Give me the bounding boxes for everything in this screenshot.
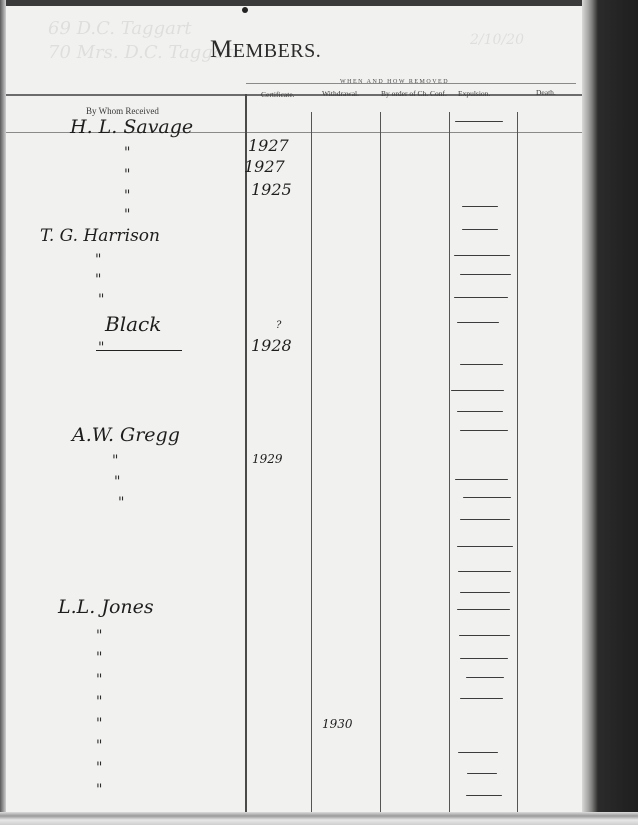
expulsion-dash bbox=[459, 635, 510, 636]
column-divider bbox=[449, 112, 450, 812]
ditto-mark: " bbox=[96, 716, 101, 732]
expulsion-dash bbox=[460, 274, 511, 275]
expulsion-dash bbox=[466, 677, 504, 678]
header-certificate: Certificate. bbox=[261, 90, 295, 99]
certificate-year: 1925 bbox=[251, 180, 292, 199]
expulsion-dash bbox=[466, 795, 502, 796]
ditto-mark: " bbox=[98, 340, 103, 356]
certificate-year: 1927 bbox=[248, 136, 289, 155]
expulsion-dash bbox=[451, 390, 504, 391]
ditto-mark: " bbox=[96, 738, 101, 754]
header-received-by: By Whom Received bbox=[86, 106, 159, 116]
ditto-mark: " bbox=[96, 672, 101, 688]
column-divider bbox=[380, 112, 381, 812]
entry-received-by: L.L. Jones bbox=[58, 596, 154, 618]
expulsion-dash bbox=[460, 519, 510, 520]
entry-received-by: A.W. Gregg bbox=[72, 424, 180, 446]
header-by-order-ch-conf: By order of Ch. Conf. bbox=[381, 89, 447, 98]
ditto-mark: " bbox=[112, 453, 117, 469]
column-divider bbox=[311, 112, 312, 812]
ditto-mark: " bbox=[96, 760, 101, 776]
expulsion-dash bbox=[454, 255, 510, 256]
withdrawal-year: 1930 bbox=[322, 717, 353, 731]
expulsion-dash bbox=[455, 121, 503, 122]
ditto-mark: " bbox=[124, 188, 129, 204]
ditto-mark: " bbox=[95, 252, 100, 268]
expulsion-dash bbox=[460, 658, 508, 659]
column-divider bbox=[517, 112, 518, 812]
entry-received-by: T. G. Harrison bbox=[40, 226, 160, 246]
ditto-mark: " bbox=[96, 650, 101, 666]
ditto-mark: " bbox=[124, 207, 129, 223]
header-when-how-removed: WHEN AND HOW REMOVED bbox=[340, 79, 449, 85]
expulsion-dash bbox=[457, 411, 503, 412]
expulsion-dash bbox=[460, 430, 508, 431]
ledger-page: 69 D.C. Taggart 70 Mrs. D.C. Taggart 2/1… bbox=[0, 0, 596, 818]
expulsion-dash bbox=[458, 571, 511, 572]
expulsion-dash bbox=[458, 752, 498, 753]
expulsion-dash bbox=[460, 698, 503, 699]
ditto-mark: " bbox=[124, 145, 129, 161]
header-expulsion: Expulsion. bbox=[458, 89, 490, 98]
certificate-year: 1927 bbox=[244, 157, 285, 176]
expulsion-dash bbox=[455, 479, 508, 480]
scan-left-edge bbox=[0, 0, 6, 825]
expulsion-dash bbox=[457, 546, 513, 547]
entry-received-by: Black bbox=[105, 312, 161, 336]
scan-bottom-edge bbox=[0, 812, 638, 825]
bleed-through-text: 2/10/20 bbox=[470, 32, 524, 48]
expulsion-dash bbox=[460, 364, 503, 365]
book-binding bbox=[582, 0, 638, 825]
certificate-year: 1929 bbox=[252, 452, 283, 466]
ditto-mark: " bbox=[96, 694, 101, 710]
expulsion-dash bbox=[454, 297, 508, 298]
header-withdrawal: Withdrawal. bbox=[322, 89, 359, 98]
certificate-question-mark: ? bbox=[276, 320, 281, 331]
certificate-year: 1928 bbox=[251, 336, 292, 355]
expulsion-dash bbox=[463, 497, 511, 498]
expulsion-dash bbox=[457, 609, 510, 610]
expulsion-dash bbox=[467, 773, 497, 774]
column-divider bbox=[245, 94, 247, 812]
header-death: Death. bbox=[536, 88, 556, 97]
ditto-mark: " bbox=[96, 628, 101, 644]
expulsion-dash bbox=[462, 229, 498, 230]
entry-received-by: H. L. Savage bbox=[70, 116, 193, 138]
scan-top-edge bbox=[0, 0, 638, 6]
expulsion-dash bbox=[462, 206, 498, 207]
bleed-through-text: 69 D.C. Taggart bbox=[48, 18, 192, 39]
expulsion-dash bbox=[460, 592, 510, 593]
ditto-mark: " bbox=[114, 474, 119, 490]
page-title: MEMBERS. bbox=[210, 36, 321, 64]
underline-mark bbox=[96, 350, 182, 351]
expulsion-dash bbox=[457, 322, 499, 323]
punch-hole bbox=[242, 7, 248, 13]
ditto-mark: " bbox=[98, 292, 103, 308]
ditto-mark: " bbox=[124, 167, 129, 183]
ditto-mark: " bbox=[96, 782, 101, 798]
ditto-mark: " bbox=[95, 272, 100, 288]
ditto-mark: " bbox=[118, 495, 123, 511]
